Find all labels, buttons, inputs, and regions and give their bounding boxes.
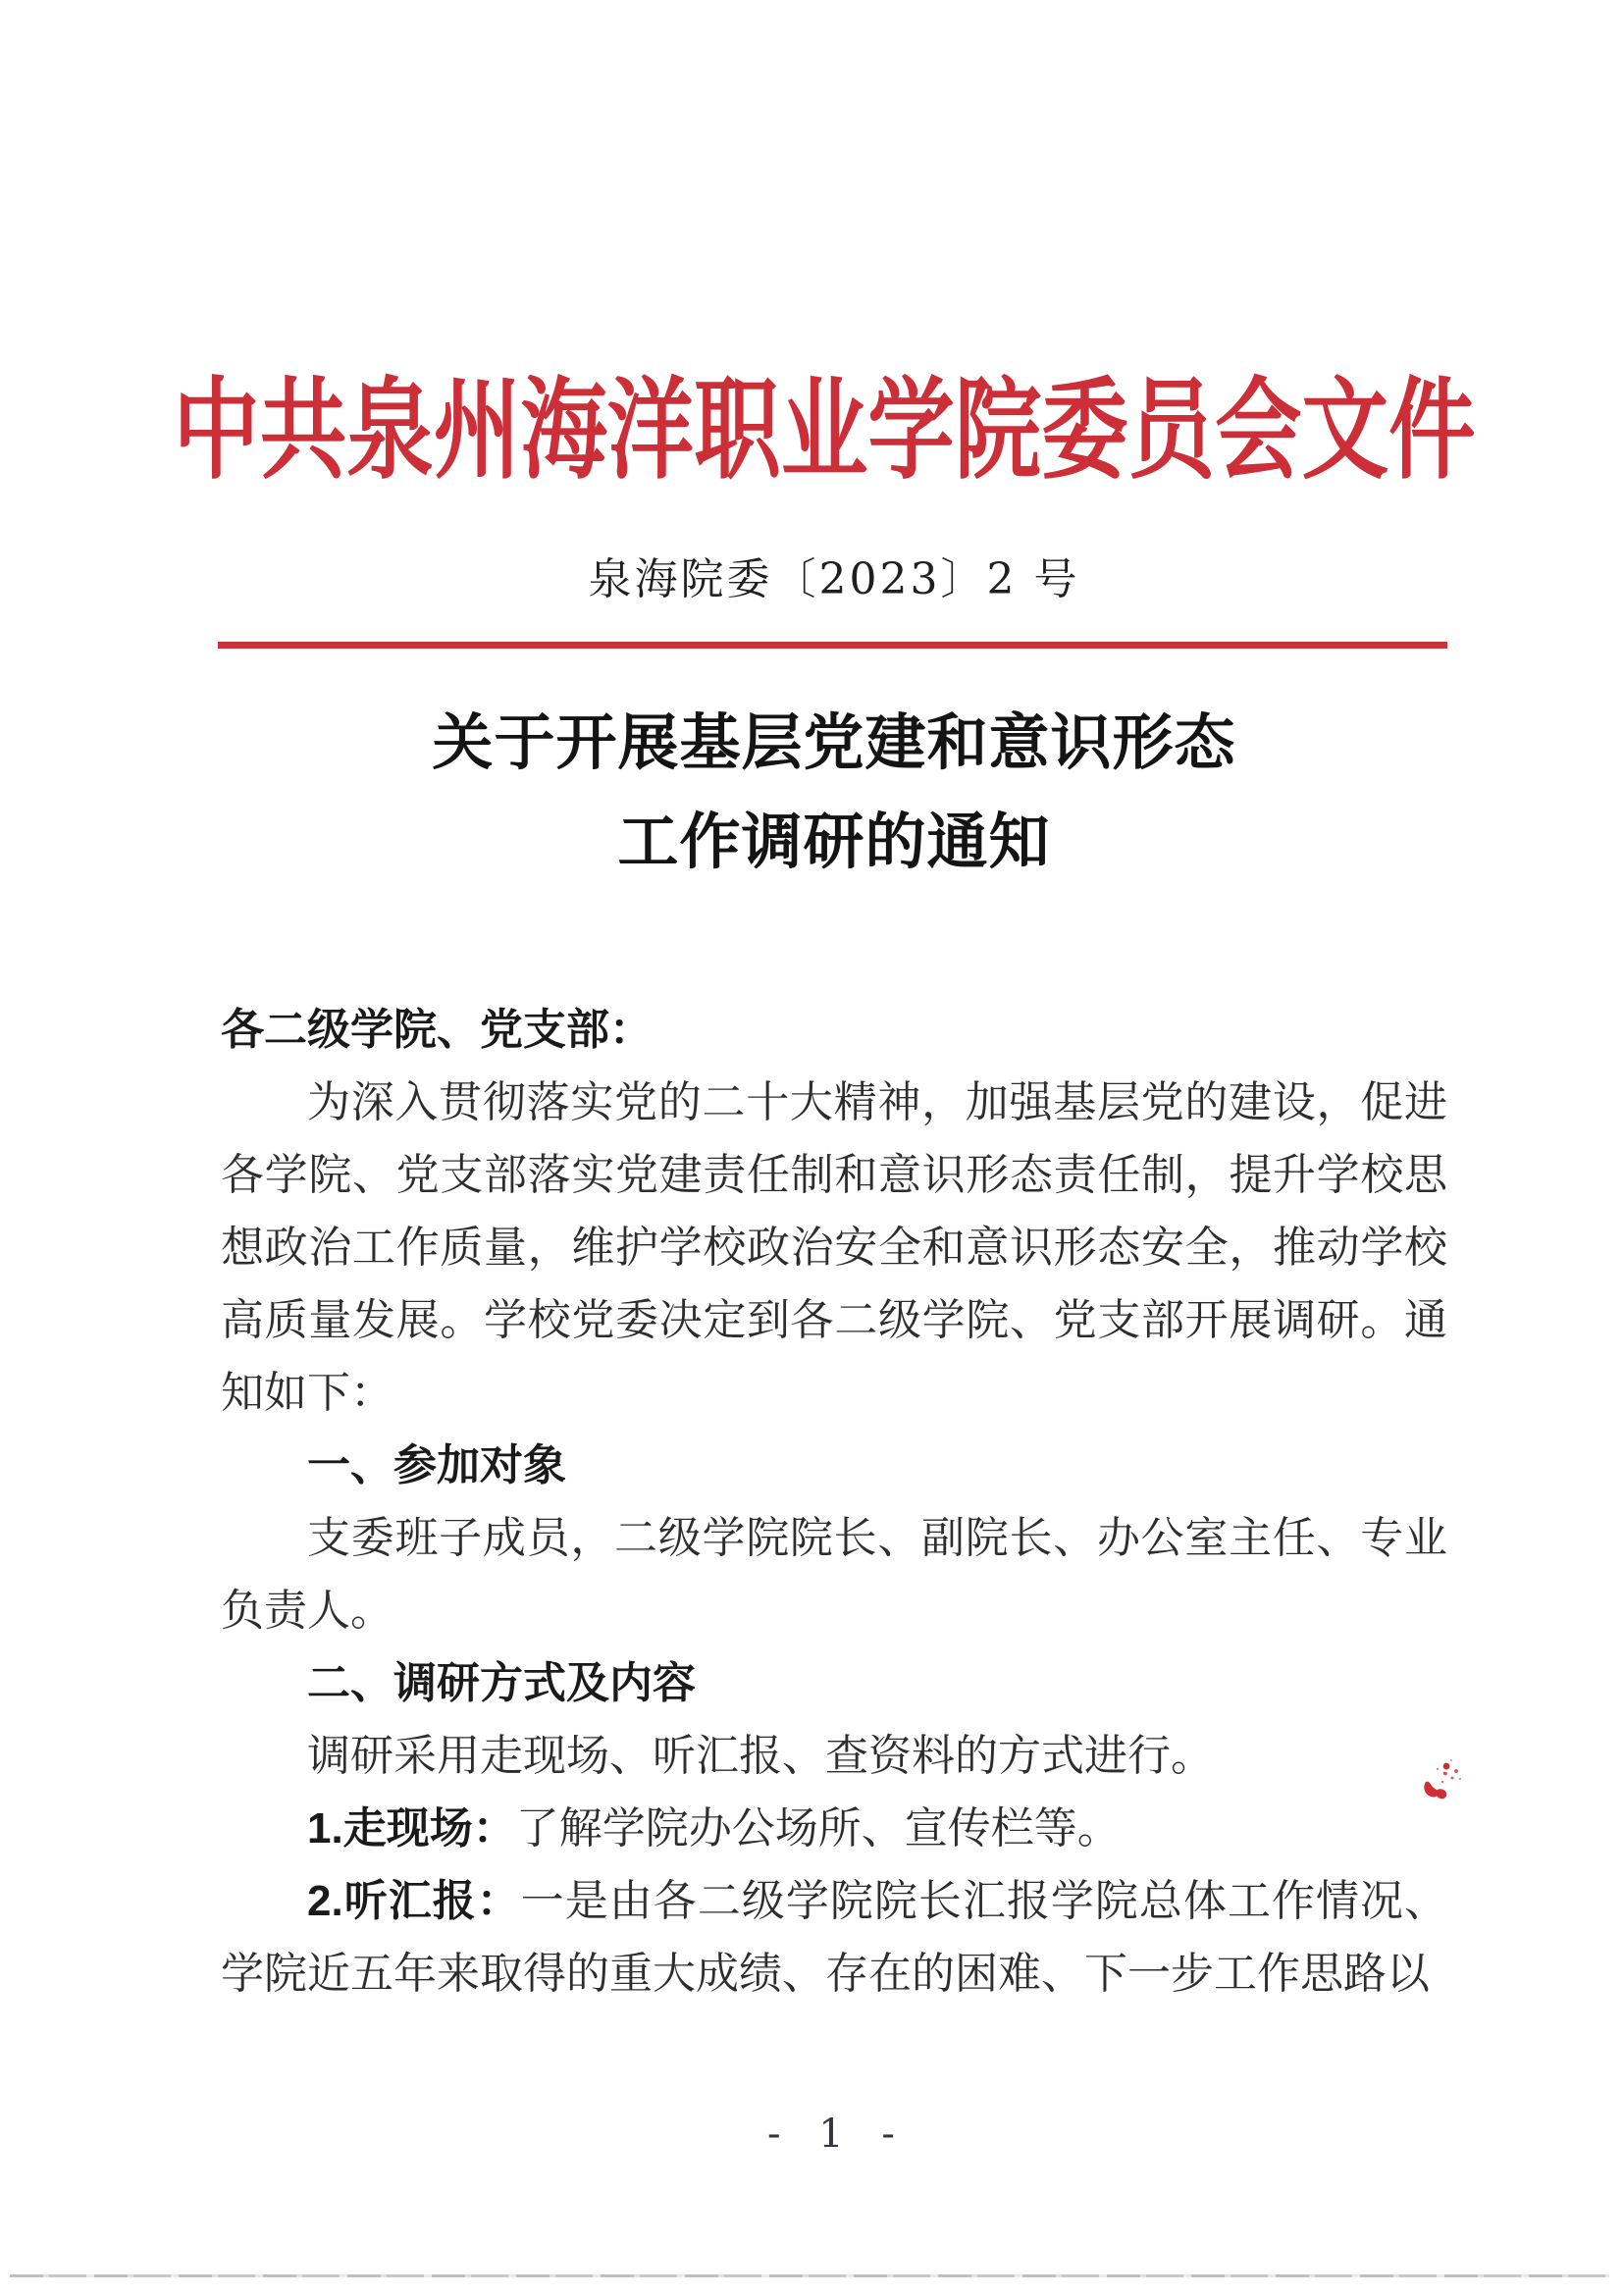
- section-heading-2: 二、调研方式及内容: [221, 1647, 1447, 1720]
- document-title-line-2: 工作调研的通知: [221, 792, 1447, 891]
- document-title-line-1: 关于开展基层党建和意识形态: [221, 693, 1447, 792]
- document-body: 各二级学院、党支部： 为深入贯彻落实党的二十大精神，加强基层党的建设，促进各学院…: [221, 994, 1447, 2010]
- section-heading-1: 一、参加对象: [221, 1430, 1447, 1502]
- red-divider-rule: [218, 642, 1447, 649]
- salutation: 各二级学院、党支部：: [221, 994, 1447, 1067]
- list-item-2: 2.听汇报：一是由各二级学院院长汇报学院总体工作情况、学院近五年来取得的重大成绩…: [221, 1865, 1447, 2010]
- paragraph-method: 调研采用走现场、听汇报、查资料的方式进行。: [221, 1720, 1447, 1793]
- document-title: 关于开展基层党建和意识形态 工作调研的通知: [221, 693, 1447, 891]
- red-ink-smudge: [1418, 1752, 1473, 1807]
- red-letterhead-title: 中共泉州海洋职业学院委员会文件: [0, 371, 1623, 491]
- paragraph-participants: 支委班子成员，二级学院院长、副院长、办公室主任、专业负责人。: [221, 1502, 1447, 1647]
- list-item-1-text: 了解学院办公场所、宣传栏等。: [516, 1803, 1121, 1853]
- letterhead-text: 中共泉州海洋职业学院委员会文件: [173, 371, 1475, 491]
- scan-artifact-line: [10, 2274, 1609, 2277]
- list-item-1-label: 1.走现场：: [307, 1804, 516, 1852]
- list-item-1: 1.走现场：了解学院办公场所、宣传栏等。: [221, 1793, 1447, 1865]
- paragraph-intro: 为深入贯彻落实党的二十大精神，加强基层党的建设，促进各学院、党支部落实党建责任制…: [221, 1067, 1447, 1430]
- document-page: 中共泉州海洋职业学院委员会文件 泉海院委〔2023〕2 号 关于开展基层党建和意…: [0, 0, 1623, 2296]
- document-reference-number: 泉海院委〔2023〕2 号: [221, 555, 1447, 604]
- list-item-2-label: 2.听汇报：: [307, 1877, 521, 1925]
- page-number: - 1 -: [221, 2112, 1447, 2157]
